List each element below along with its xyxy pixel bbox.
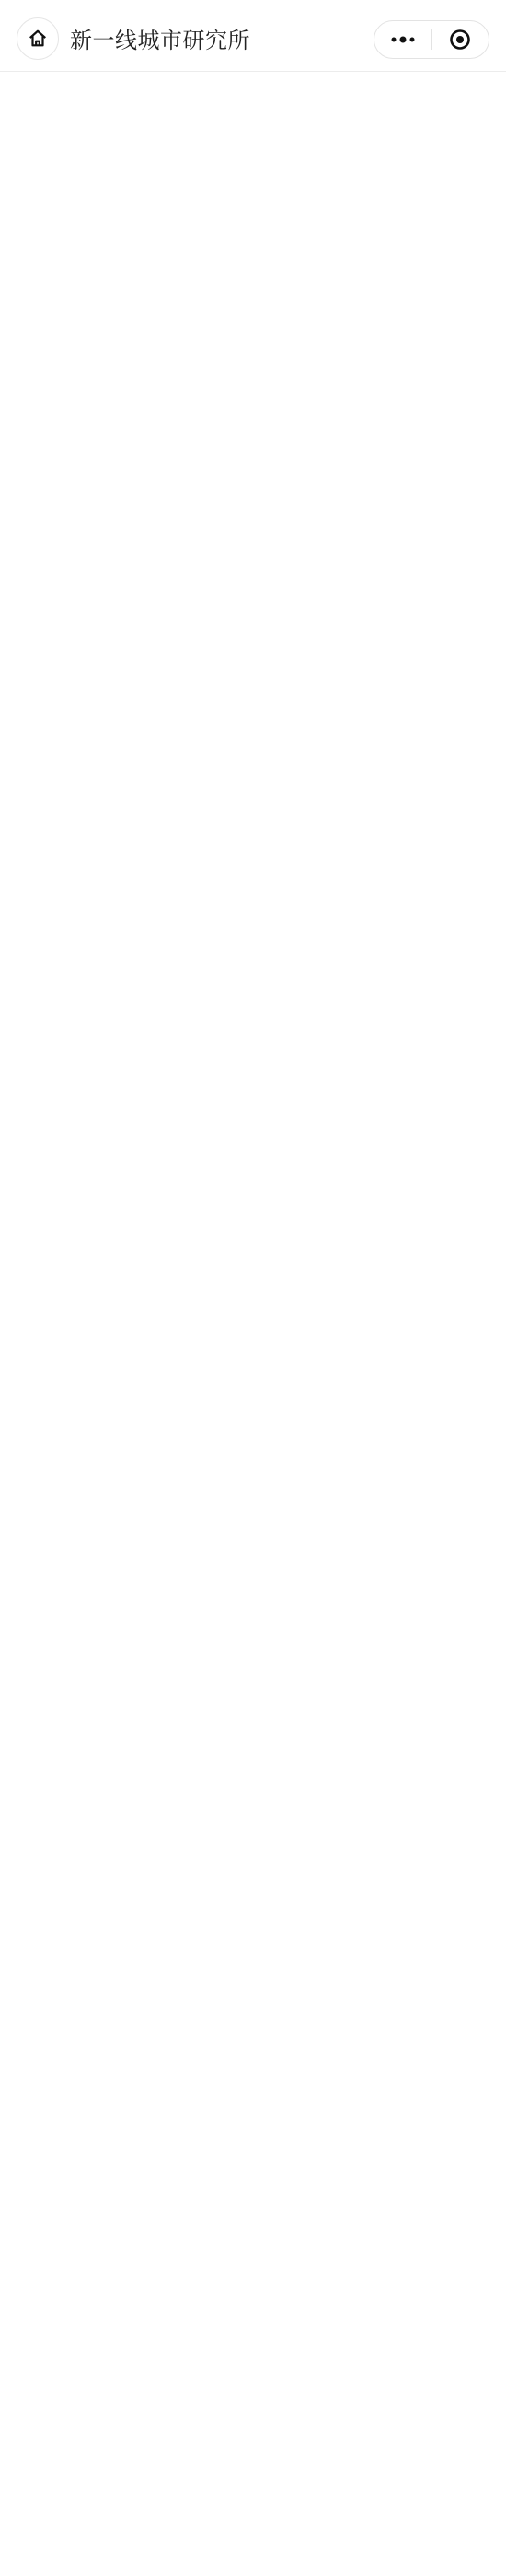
capsule-menu — [374, 20, 489, 59]
mini-program-nav-bar: 新一线城市研究所 — [0, 0, 506, 72]
home-icon — [28, 29, 48, 49]
more-button[interactable] — [374, 21, 431, 58]
close-mini-program-button[interactable] — [432, 21, 489, 58]
more-dots-icon — [389, 35, 417, 44]
nav-title: 新一线城市研究所 — [70, 22, 250, 54]
home-button[interactable] — [17, 17, 59, 60]
target-circle-icon — [449, 29, 471, 51]
